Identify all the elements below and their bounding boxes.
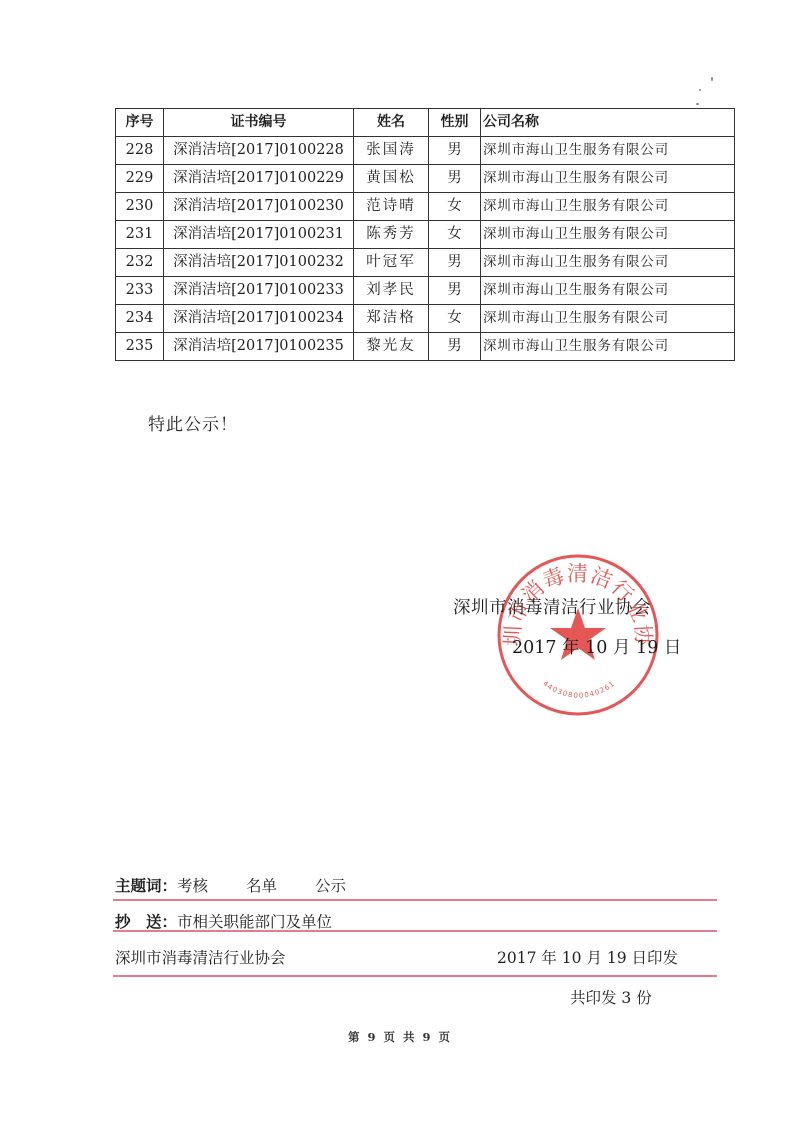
table-row: 235 深消洁培[2017]0100235 黎光友 男 深圳市海山卫生服务有限公… <box>116 333 735 361</box>
header-index: 序号 <box>116 109 164 137</box>
cell-index: 233 <box>116 277 164 305</box>
signature-date: 2017 年 10 月 19 日 <box>512 634 681 659</box>
divider-line <box>113 930 717 932</box>
copies-count: 共印发 3 份 <box>570 986 652 1008</box>
table-row: 229 深消洁培[2017]0100229 黄国松 男 深圳市海山卫生服务有限公… <box>116 165 735 193</box>
cell-name: 黎光友 <box>354 333 429 361</box>
cell-company: 深圳市海山卫生服务有限公司 <box>481 249 735 277</box>
cell-certificate-no: 深消洁培[2017]0100229 <box>164 165 354 193</box>
cell-gender: 男 <box>429 249 481 277</box>
cell-certificate-no: 深消洁培[2017]0100235 <box>164 333 354 361</box>
cell-index: 232 <box>116 249 164 277</box>
cell-index: 231 <box>116 221 164 249</box>
closing-remark: 特此公示！ <box>148 410 238 435</box>
roster-table: 序号 证书编号 姓名 性别 公司名称 228 深消洁培[2017]0100228… <box>115 108 735 361</box>
cell-certificate-no: 深消洁培[2017]0100228 <box>164 137 354 165</box>
cell-certificate-no: 深消洁培[2017]0100233 <box>164 277 354 305</box>
signature-organization: 深圳市消毒清洁行业协会 <box>453 594 651 619</box>
cell-certificate-no: 深消洁培[2017]0100232 <box>164 249 354 277</box>
table-row: 233 深消洁培[2017]0100233 刘孝民 男 深圳市海山卫生服务有限公… <box>116 277 735 305</box>
cell-company: 深圳市海山卫生服务有限公司 <box>481 277 735 305</box>
table-row: 234 深消洁培[2017]0100234 郑洁格 女 深圳市海山卫生服务有限公… <box>116 305 735 333</box>
scan-speck <box>711 77 713 81</box>
table-header-row: 序号 证书编号 姓名 性别 公司名称 <box>116 109 735 137</box>
cc-row: 抄 送：市相关职能部门及单位 <box>115 910 332 932</box>
table-row: 231 深消洁培[2017]0100231 陈秀芳 女 深圳市海山卫生服务有限公… <box>116 221 735 249</box>
cell-index: 234 <box>116 305 164 333</box>
cell-name: 郑洁格 <box>354 305 429 333</box>
cell-name: 张国涛 <box>354 137 429 165</box>
issue-date: 2017 年 10 月 19 日印发 <box>497 946 678 968</box>
cell-name: 叶冠军 <box>354 249 429 277</box>
header-gender: 性别 <box>429 109 481 137</box>
cell-index: 228 <box>116 137 164 165</box>
divider-line <box>113 899 717 901</box>
cell-gender: 男 <box>429 165 481 193</box>
cell-name: 范诗晴 <box>354 193 429 221</box>
keyword: 考核 <box>177 877 208 895</box>
cell-certificate-no: 深消洁培[2017]0100231 <box>164 221 354 249</box>
cell-certificate-no: 深消洁培[2017]0100230 <box>164 193 354 221</box>
scan-speck <box>696 103 699 105</box>
cell-gender: 男 <box>429 137 481 165</box>
divider-line <box>113 975 717 977</box>
header-certificate-no: 证书编号 <box>164 109 354 137</box>
keyword: 名单 <box>246 877 277 895</box>
cell-company: 深圳市海山卫生服务有限公司 <box>481 305 735 333</box>
cell-company: 深圳市海山卫生服务有限公司 <box>481 137 735 165</box>
cell-name: 黄国松 <box>354 165 429 193</box>
cell-gender: 女 <box>429 305 481 333</box>
cell-index: 235 <box>116 333 164 361</box>
keywords-row: 主题词：考核名单公示 <box>115 874 384 896</box>
cc-value: 市相关职能部门及单位 <box>177 913 332 931</box>
issuer: 深圳市消毒清洁行业协会 <box>115 946 286 968</box>
cell-gender: 男 <box>429 333 481 361</box>
seal-number: 44030800040261 <box>541 679 617 699</box>
cell-gender: 女 <box>429 221 481 249</box>
table-row: 232 深消洁培[2017]0100232 叶冠军 男 深圳市海山卫生服务有限公… <box>116 249 735 277</box>
header-company: 公司名称 <box>481 109 735 137</box>
cell-index: 229 <box>116 165 164 193</box>
cell-company: 深圳市海山卫生服务有限公司 <box>481 193 735 221</box>
keywords-label: 主题词： <box>115 877 177 895</box>
cell-certificate-no: 深消洁培[2017]0100234 <box>164 305 354 333</box>
keyword: 公示 <box>315 877 346 895</box>
table-row: 230 深消洁培[2017]0100230 范诗晴 女 深圳市海山卫生服务有限公… <box>116 193 735 221</box>
cell-company: 深圳市海山卫生服务有限公司 <box>481 221 735 249</box>
cell-name: 刘孝民 <box>354 277 429 305</box>
cell-gender: 男 <box>429 277 481 305</box>
cell-company: 深圳市海山卫生服务有限公司 <box>481 165 735 193</box>
page-indicator: 第 9 页 共 9 页 <box>0 1029 800 1045</box>
cell-company: 深圳市海山卫生服务有限公司 <box>481 333 735 361</box>
table-row: 228 深消洁培[2017]0100228 张国涛 男 深圳市海山卫生服务有限公… <box>116 137 735 165</box>
cc-label: 抄 送： <box>115 913 177 931</box>
cell-index: 230 <box>116 193 164 221</box>
scan-speck <box>699 89 701 91</box>
cell-name: 陈秀芳 <box>354 221 429 249</box>
header-name: 姓名 <box>354 109 429 137</box>
cell-gender: 女 <box>429 193 481 221</box>
